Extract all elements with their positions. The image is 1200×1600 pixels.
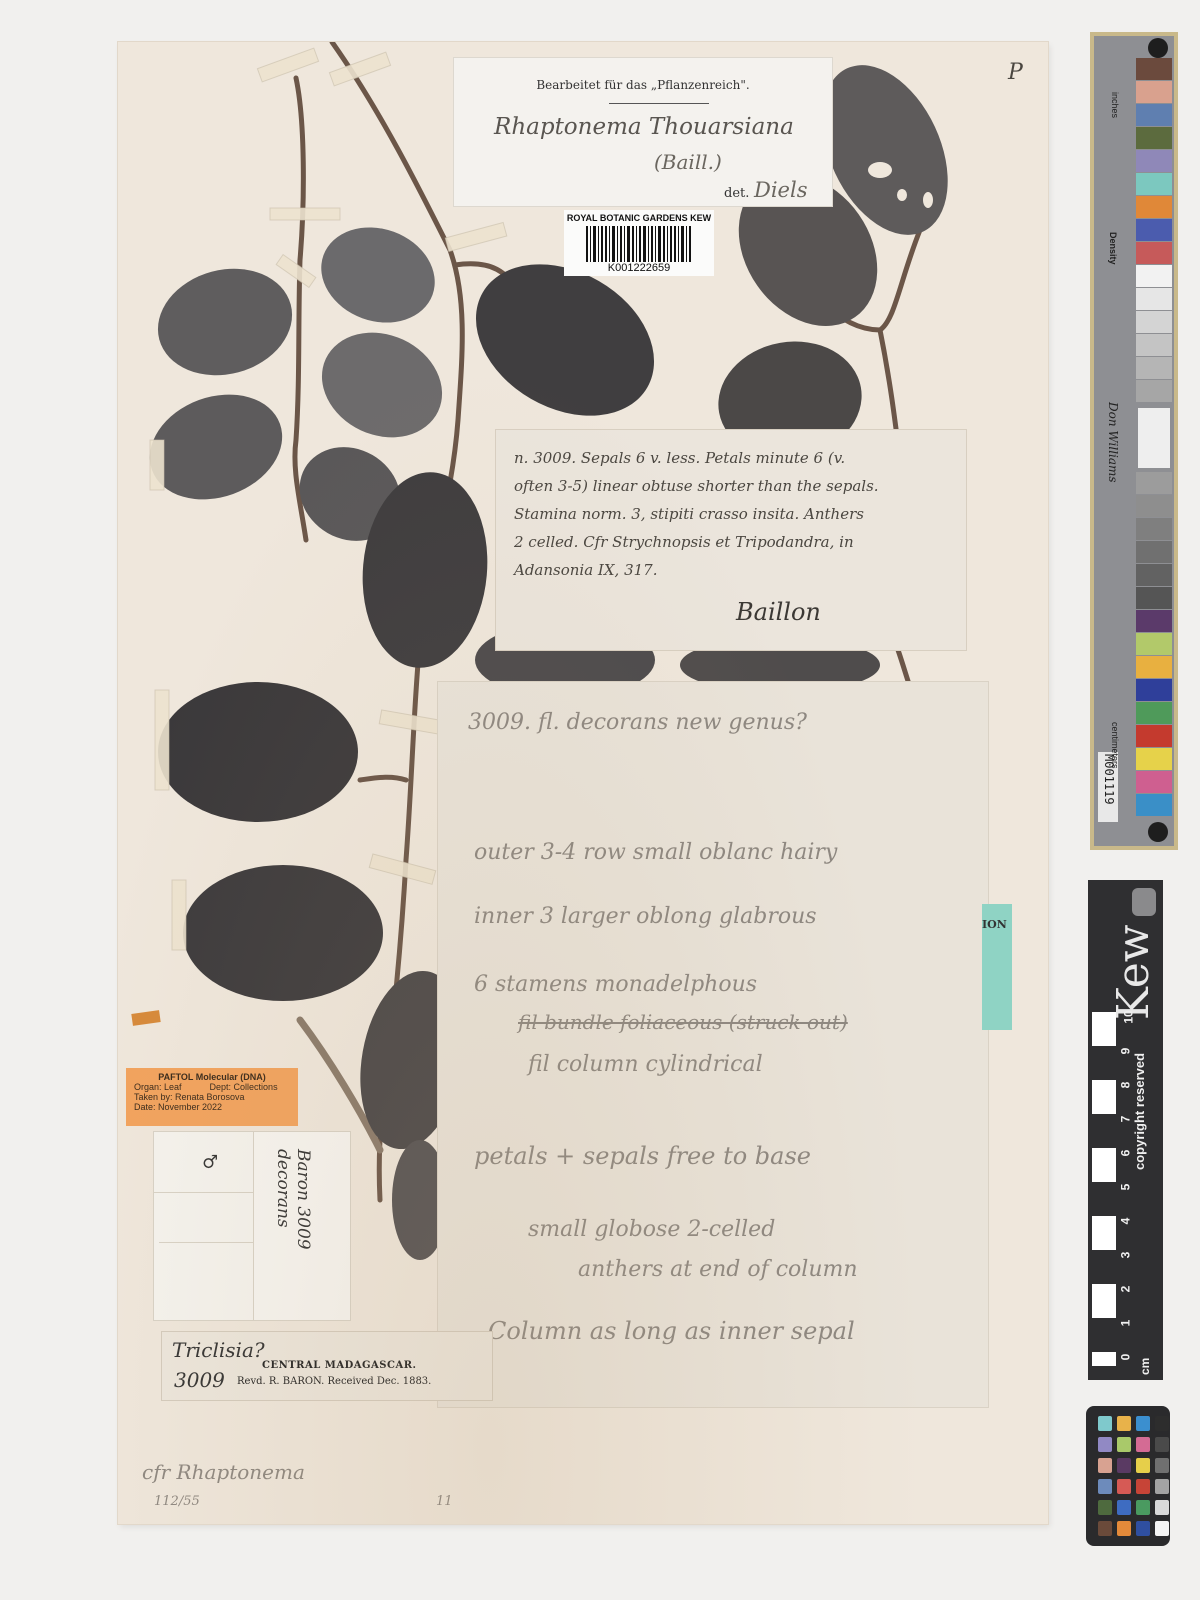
taxon-authority: (Baill.) — [654, 150, 722, 174]
scale-resolution-target — [1138, 408, 1170, 468]
pencil-line: petals + sepals free to base — [474, 1142, 811, 1170]
color-patch — [1136, 219, 1172, 241]
collector-received: Revd. R. BARON. Received Dec. 1883. — [237, 1376, 431, 1387]
color-patch — [1136, 150, 1172, 172]
scale-unit-top: inches — [1110, 92, 1120, 118]
ruler-tick-label: 1 — [1118, 1320, 1132, 1327]
checker-patch — [1155, 1479, 1169, 1494]
collector-taxon-guess: Triclisia? — [172, 1338, 265, 1362]
packet-note-line: Baron 3009 — [293, 1149, 313, 1299]
note-line: 2 celled. Cfr Strychnopsis et Tripodandr… — [514, 528, 950, 556]
pencil-line: fil column cylindrical — [528, 1052, 763, 1077]
color-patch — [1136, 173, 1172, 195]
color-patch — [1136, 311, 1172, 333]
sheet-mark: 11 — [436, 1494, 453, 1509]
checker-patch — [1136, 1479, 1150, 1494]
collector-locality: CENTRAL MADAGASCAR. — [262, 1360, 417, 1371]
color-patch — [1136, 794, 1172, 816]
note-line: n. 3009. Sepals 6 v. less. Petals minute… — [514, 444, 950, 472]
pencil-heading: 3009. fl. decorans new genus? — [468, 710, 807, 735]
checker-patch — [1136, 1416, 1150, 1431]
checker-patch — [1117, 1479, 1131, 1494]
paftol-label: PAFTOL Molecular (DNA) Organ: Leaf Dept:… — [126, 1068, 298, 1126]
pencil-notes-sheet: 3009. fl. decorans new genus? outer 3-4 … — [438, 682, 988, 1407]
color-density-scale: inches Density Don Williams M001119 cent… — [1090, 32, 1178, 850]
checker-patch — [1136, 1500, 1150, 1515]
color-patch — [1136, 81, 1172, 103]
kew-logo: Kew — [1108, 925, 1159, 1020]
color-patch — [1136, 472, 1172, 494]
copyright-text: copyright reserved — [1132, 1053, 1147, 1170]
checker-patch — [1098, 1416, 1112, 1431]
catalog-number: 112/55 — [154, 1494, 200, 1509]
baillon-label: n. 3009. Sepals 6 v. less. Petals minute… — [496, 430, 966, 650]
pencil-line: inner 3 larger oblong glabrous — [474, 904, 817, 929]
packet-fold — [159, 1242, 254, 1243]
density-label: Density — [1108, 232, 1118, 265]
packet-note-line: decorans — [273, 1149, 293, 1299]
ruler-unit: cm — [1138, 1358, 1152, 1375]
color-patch — [1136, 771, 1172, 793]
side-tab: ION — [982, 904, 1012, 1030]
packet-mark: ♂ — [202, 1152, 218, 1173]
determination-label: Bearbeitet für das „Pflanzenreich". Rhap… — [454, 58, 832, 206]
checker-patch — [1098, 1500, 1112, 1515]
pencil-line: outer 3-4 row small oblanc hairy — [474, 840, 837, 865]
ruler-tick-label: 10 — [1122, 1010, 1136, 1023]
cfr-note: cfr Rhaptonema — [142, 1460, 305, 1484]
color-patch — [1136, 702, 1172, 724]
color-patch — [1136, 564, 1172, 586]
ruler-tick-label: 3 — [1118, 1252, 1132, 1259]
scale-maker: Don Williams — [1106, 402, 1120, 483]
checker-patch — [1098, 1458, 1112, 1473]
checker-patch — [1098, 1479, 1112, 1494]
herbarium-sheet: P — [118, 42, 1048, 1524]
taxon-name: Rhaptonema Thouarsiana — [494, 114, 794, 140]
det-prefix: det. — [724, 186, 749, 201]
color-patch — [1136, 541, 1172, 563]
pencil-line: Column as long as inner sepal — [488, 1317, 855, 1345]
kew-scale-ruler: Kew copyright reserved 012345678910 cm — [1088, 880, 1163, 1380]
checker-patch — [1155, 1416, 1169, 1431]
paftol-row: Organ: Leaf Dept: Collections — [126, 1082, 298, 1092]
collector-label: Triclisia? 3009 CENTRAL MADAGASCAR. Revd… — [162, 1332, 492, 1400]
side-tab-text: ION — [982, 918, 1007, 931]
checker-patch — [1136, 1437, 1150, 1452]
divider-rule — [609, 103, 709, 104]
ruler-tick-label: 7 — [1118, 1116, 1132, 1123]
checker-patch — [1117, 1521, 1131, 1536]
fragment-packet[interactable]: ♂ — [154, 1132, 254, 1320]
ruler-tick-label: 8 — [1118, 1082, 1132, 1089]
checker-patch — [1098, 1437, 1112, 1452]
color-patch — [1136, 265, 1172, 287]
institution-name: ROYAL BOTANIC GARDENS KEW — [564, 213, 714, 223]
color-patch — [1136, 656, 1172, 678]
color-patch — [1136, 679, 1172, 701]
note-line: Stamina norm. 3, stipiti crasso insita. … — [514, 500, 950, 528]
printed-header: Bearbeitet für das „Pflanzenreich". — [454, 78, 832, 92]
paftol-date: Date: November 2022 — [126, 1102, 298, 1112]
ruler-tick-label: 6 — [1118, 1150, 1132, 1157]
ruler-scale-blocks — [1092, 1012, 1116, 1366]
scale-registration-dot — [1148, 38, 1168, 58]
barcode-graphic — [564, 226, 714, 262]
collector-number: 3009 — [174, 1368, 225, 1392]
color-patch — [1136, 127, 1172, 149]
checker-patch — [1155, 1521, 1169, 1536]
determiner-name: Diels — [754, 178, 807, 202]
paftol-taken-by: Taken by: Renata Borosova — [126, 1092, 298, 1102]
pencil-line: 6 stamens monadelphous — [474, 972, 757, 997]
checker-patch — [1117, 1500, 1131, 1515]
color-patch — [1136, 610, 1172, 632]
ruler-tick-label: 4 — [1118, 1218, 1132, 1225]
paftol-title: PAFTOL Molecular (DNA) — [126, 1072, 298, 1082]
checker-patch — [1117, 1416, 1131, 1431]
color-patch — [1136, 748, 1172, 770]
color-patch — [1136, 242, 1172, 264]
color-patch — [1136, 587, 1172, 609]
ruler-tick-label: 2 — [1118, 1286, 1132, 1293]
ruler-tick-label: 5 — [1118, 1184, 1132, 1191]
color-checker-card — [1086, 1406, 1170, 1546]
baillon-signature: Baillon — [736, 598, 821, 626]
note-line: often 3-5) linear obtuse shorter than th… — [514, 472, 950, 500]
color-patch — [1136, 725, 1172, 747]
checker-patch — [1155, 1458, 1169, 1473]
checker-patch — [1155, 1437, 1169, 1452]
color-patch — [1136, 518, 1172, 540]
ruler-tick-label: 0 — [1118, 1354, 1132, 1361]
checker-patch — [1098, 1521, 1112, 1536]
barcode-number: K001222659 — [564, 262, 714, 274]
color-patch — [1136, 380, 1172, 402]
checker-patch — [1117, 1458, 1131, 1473]
ruler-tick-label: 9 — [1118, 1048, 1132, 1055]
pencil-line: small globose 2-celled — [528, 1217, 775, 1242]
pencil-line: anthers at end of column — [578, 1257, 858, 1282]
checker-patch — [1136, 1521, 1150, 1536]
pencil-line-struck: fil bundle foliaceous (struck out) — [518, 1010, 848, 1034]
note-line: Adansonia IX, 317. — [514, 556, 950, 584]
color-patch — [1136, 633, 1172, 655]
color-patch — [1136, 58, 1172, 80]
paftol-dept: Dept: Collections — [210, 1082, 278, 1092]
checker-patch — [1136, 1458, 1150, 1473]
packet-note-card: Baron 3009 decorans — [254, 1132, 350, 1320]
checker-patch — [1117, 1437, 1131, 1452]
color-patch — [1136, 104, 1172, 126]
checker-patch — [1155, 1500, 1169, 1515]
color-patch — [1136, 357, 1172, 379]
color-patch — [1136, 495, 1172, 517]
color-patch — [1136, 334, 1172, 356]
royal-crest-icon — [1132, 888, 1156, 916]
color-patch — [1136, 196, 1172, 218]
baillon-notes: n. 3009. Sepals 6 v. less. Petals minute… — [496, 430, 966, 584]
scale-registration-dot — [1148, 822, 1168, 842]
paftol-organ: Organ: Leaf — [134, 1082, 182, 1092]
barcode-label: ROYAL BOTANIC GARDENS KEW K001222659 — [564, 210, 714, 276]
packet-fold — [154, 1192, 254, 1193]
scale-unit-bottom: centimeters — [1110, 722, 1120, 769]
color-patch — [1136, 288, 1172, 310]
